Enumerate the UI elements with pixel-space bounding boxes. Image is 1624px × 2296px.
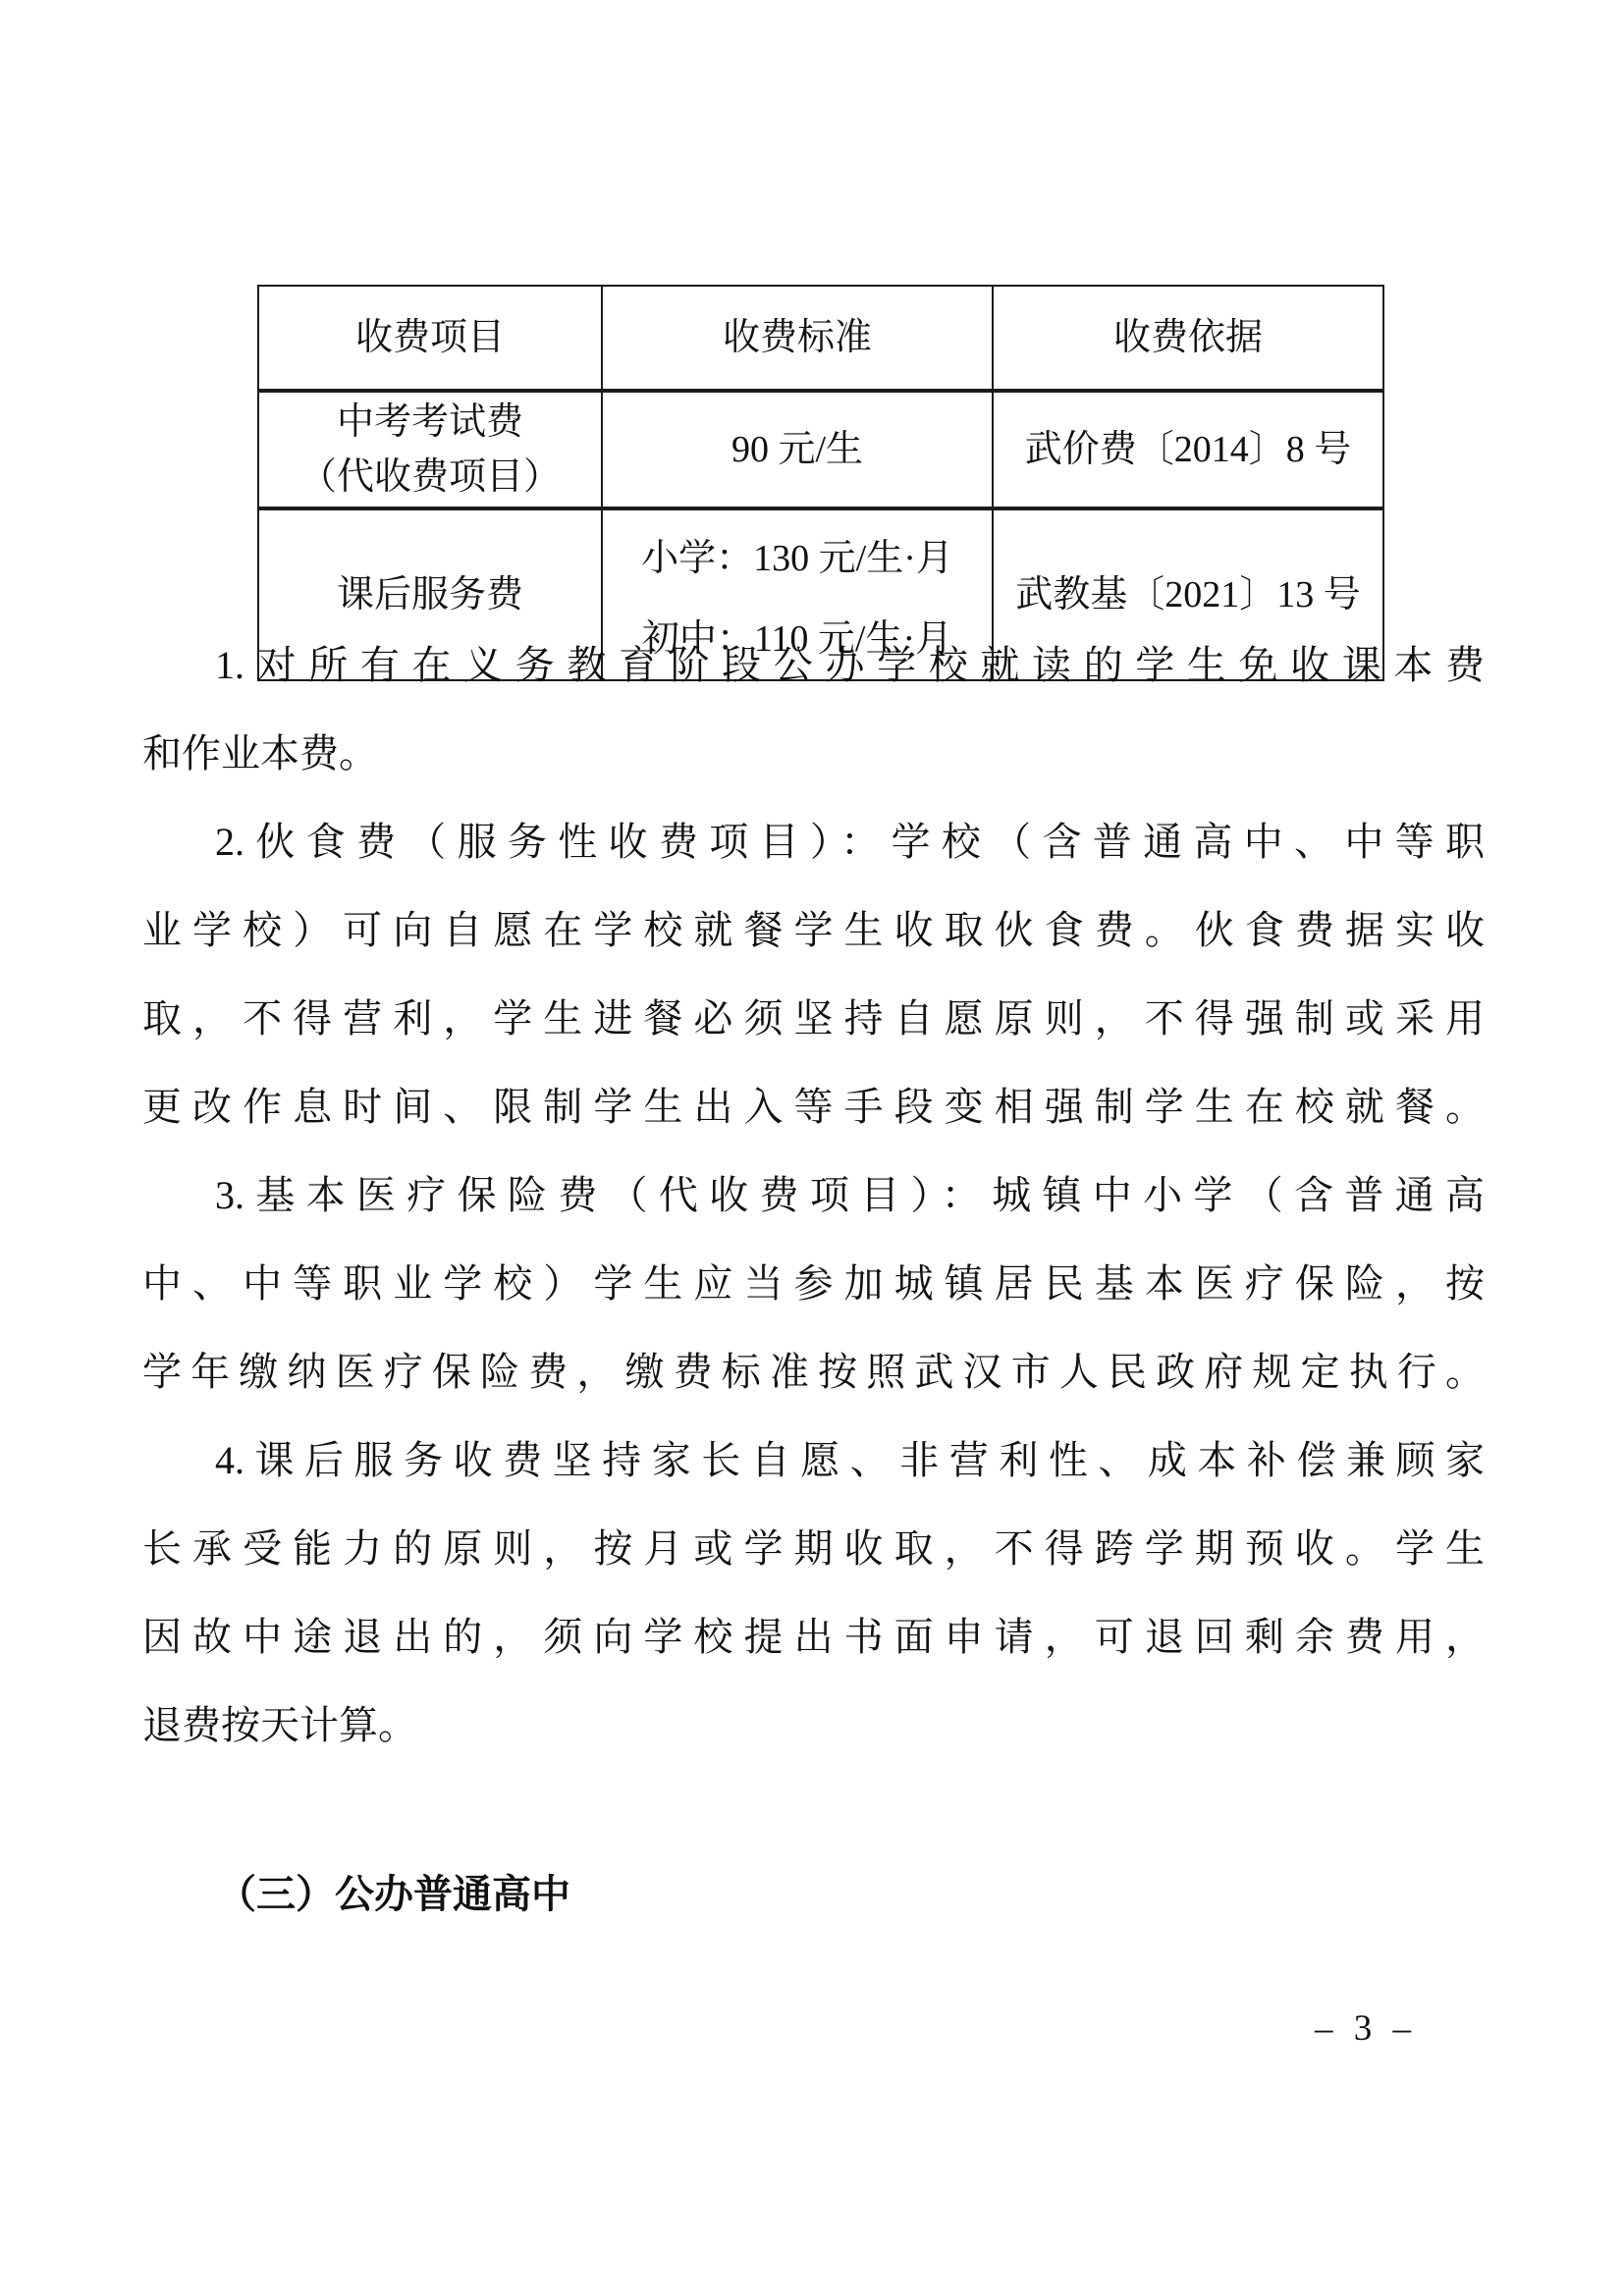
paragraph-4-line-1: 4.课后服务收费坚持家长自愿、非营利性、成本补偿兼顾家: [142, 1416, 1485, 1505]
header-fee-standard: 收费标准: [602, 286, 993, 391]
cell-text: （代收费项目）: [259, 450, 601, 505]
cell-item-exam-fee: 中考考试费 （代收费项目）: [258, 391, 602, 508]
cell-text: 课后服务费: [259, 567, 601, 622]
header-fee-standard-label: 收费标准: [603, 310, 992, 365]
body-text: 1.对所有在义务教育阶段公办学校就读的学生免收课本费 和作业本费。 2.伙食费（…: [142, 621, 1485, 1939]
cell-text: 小学：130 元/生·月: [603, 518, 992, 599]
paragraph-3-line-1: 3.基本医疗保险费（代收费项目）：城镇中小学（含普通高: [142, 1151, 1485, 1240]
paragraph-3-line-2: 中、中等职业学校）学生应当参加城镇居民基本医疗保险，按: [142, 1240, 1485, 1328]
paragraph-2-line-4: 更改作息时间、限制学生出入等手段变相强制学生在校就餐。: [142, 1063, 1485, 1151]
cell-text: 武教基〔2021〕13 号: [994, 567, 1382, 622]
paragraph-4-line-2: 长承受能力的原则，按月或学期收取，不得跨学期预收。学生: [142, 1505, 1485, 1593]
header-fee-item: 收费项目: [258, 286, 602, 391]
fee-table-header-row: 收费项目 收费标准 收费依据: [258, 286, 1383, 391]
page-number: – 3 –: [1315, 2004, 1411, 2054]
paragraph-3: 3.基本医疗保险费（代收费项目）：城镇中小学（含普通高 中、中等职业学校）学生应…: [142, 1151, 1485, 1416]
paragraph-2: 2.伙食费（服务性收费项目）：学校（含普通高中、中等职 业学校）可向自愿在学校就…: [142, 798, 1485, 1151]
section-heading: （三）公办普通高中: [142, 1850, 1485, 1939]
paragraph-2-line-3: 取，不得营利，学生进餐必须坚持自愿原则，不得强制或采用: [142, 975, 1485, 1063]
header-fee-item-label: 收费项目: [259, 310, 601, 365]
paragraph-2-line-2: 业学校）可向自愿在学校就餐学生收取伙食费。伙食费据实收: [142, 886, 1485, 975]
cell-text: 武价费〔2014〕8 号: [994, 422, 1382, 477]
document-page: { "table": { "headers": ["收费项目", "收费标准",…: [0, 0, 1624, 2296]
paragraph-4-line-4: 退费按天计算。: [142, 1682, 1485, 1770]
paragraph-1-line-2: 和作业本费。: [142, 710, 1485, 798]
paragraph-4: 4.课后服务收费坚持家长自愿、非营利性、成本补偿兼顾家 长承受能力的原则，按月或…: [142, 1416, 1485, 1770]
cell-standard-exam-fee: 90 元/生: [602, 391, 993, 508]
header-fee-basis: 收费依据: [993, 286, 1383, 391]
cell-basis-exam-fee: 武价费〔2014〕8 号: [993, 391, 1383, 508]
cell-text: 中考考试费: [259, 395, 601, 450]
table-row: 中考考试费 （代收费项目） 90 元/生 武价费〔2014〕8 号: [258, 391, 1383, 508]
paragraph-1-line-1: 1.对所有在义务教育阶段公办学校就读的学生免收课本费: [142, 621, 1485, 710]
cell-text: 90 元/生: [603, 422, 992, 477]
paragraph-1: 1.对所有在义务教育阶段公办学校就读的学生免收课本费 和作业本费。: [142, 621, 1485, 798]
header-fee-basis-label: 收费依据: [994, 310, 1382, 365]
paragraph-3-line-3: 学年缴纳医疗保险费，缴费标准按照武汉市人民政府规定执行。: [142, 1328, 1485, 1416]
paragraph-2-line-1: 2.伙食费（服务性收费项目）：学校（含普通高中、中等职: [142, 798, 1485, 886]
paragraph-4-line-3: 因故中途退出的，须向学校提出书面申请，可退回剩余费用，: [142, 1593, 1485, 1682]
